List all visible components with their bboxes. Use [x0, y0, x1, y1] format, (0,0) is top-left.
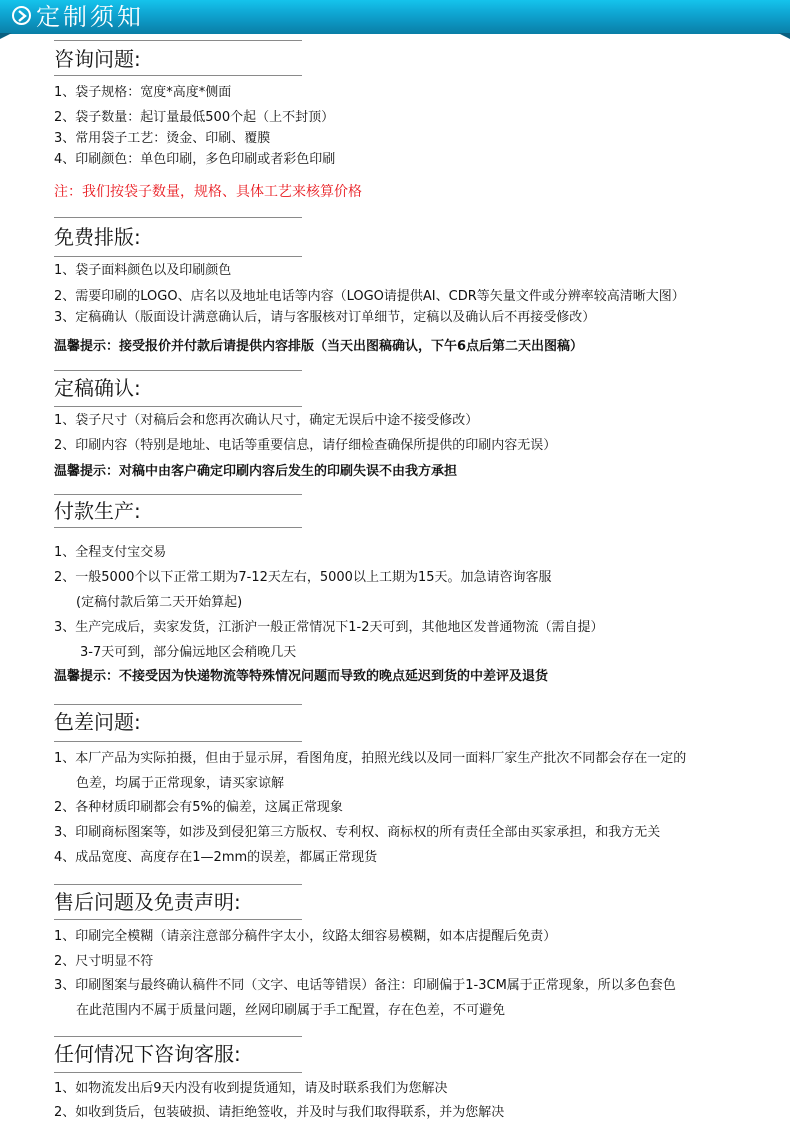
divider	[54, 217, 302, 218]
divider	[54, 75, 302, 76]
list-item: 1、本厂产品为实际拍摄，但由于显示屏，看图角度，拍照光线以及同一面料厂家生产批次…	[54, 750, 686, 768]
divider	[54, 527, 302, 528]
divider	[54, 370, 302, 371]
list-item: 3、印刷商标图案等，如涉及到侵犯第三方版权、专利权、商标权的所有责任全部由买家承…	[54, 824, 660, 842]
section-payment-production: 付款生产: 1、全程支付宝交易 2、一般5000个以下正常工期为7-12天左右，…	[54, 494, 790, 694]
section-color-difference: 色差问题: 1、本厂产品为实际拍摄，但由于显示屏，看图角度，拍照光线以及同一面料…	[54, 704, 790, 874]
list-item-continued: (定稿付款后第二天开始算起)	[76, 594, 242, 612]
section-title: 咨询问题:	[54, 47, 141, 71]
circle-chevron-right-icon	[12, 6, 31, 25]
divider	[54, 704, 302, 705]
section-proof-confirm: 定稿确认: 1、袋子尺寸（对稿后会和您再次确认尺寸，确定无误后中途不接受修改） …	[54, 370, 790, 485]
list-item: 2、需要印刷的LOGO、店名以及地址电话等内容（LOGO请提供AI、CDR等矢量…	[54, 288, 685, 306]
section-inquiry: 咨询问题: 1、袋子规格：宽度*高度*侧面 2、袋子数量：起订量最低500个起（…	[54, 40, 790, 210]
list-item: 3、常用袋子工艺：烫金、印刷、覆膜	[54, 130, 270, 148]
list-item: 1、袋子规格：宽度*高度*侧面	[54, 84, 231, 102]
divider	[54, 1036, 302, 1037]
list-item: 1、全程支付宝交易	[54, 544, 166, 562]
section-title: 付款生产:	[54, 499, 141, 523]
list-item-continued: 3-7天可到，部分偏远地区会稍晚几天	[80, 644, 296, 662]
divider	[54, 406, 302, 407]
list-item: 2、袋子数量：起订量最低500个起（上不封顶）	[54, 109, 334, 127]
list-item: 3、印刷图案与最终确认稿件不同（文字、电话等错误）备注：印刷偏于1-3CM属于正…	[54, 977, 676, 995]
warm-tip: 温馨提示：不接受因为快递物流等特殊情况问题而导致的晚点延迟到货的中差评及退货	[54, 668, 548, 686]
list-item: 1、如物流发出后9天内没有收到提货通知，请及时联系我们为您解决	[54, 1080, 448, 1098]
section-after-sales: 售后问题及免责声明: 1、印刷完全模糊（请亲注意部分稿件字太小，纹路太细容易模糊…	[54, 884, 790, 1029]
section-title: 色差问题:	[54, 710, 141, 734]
list-item-continued: 色差，均属于正常现象，请买家谅解	[76, 775, 284, 793]
list-item: 2、如收到货后，包装破损、请拒绝签收，并及时与我们取得联系，并为您解决	[54, 1104, 504, 1122]
page-title: 定制须知	[36, 2, 144, 32]
divider	[54, 1072, 302, 1073]
section-free-layout: 免费排版: 1、袋子面料颜色以及印刷颜色 2、需要印刷的LOGO、店名以及地址电…	[54, 217, 790, 362]
list-item: 3、定稿确认（版面设计满意确认后，请与客服核对订单细节，定稿以及确认后不再接受修…	[54, 309, 595, 327]
banner-fold-left	[0, 33, 12, 39]
list-item: 2、尺寸明显不符	[54, 953, 153, 971]
list-item: 4、印刷颜色：单色印刷，多色印刷或者彩色印刷	[54, 151, 335, 169]
divider	[54, 256, 302, 257]
list-item: 1、印刷完全模糊（请亲注意部分稿件字太小，纹路太细容易模糊，如本店提醒后免责）	[54, 928, 556, 946]
banner-fold-right	[778, 33, 790, 39]
header-banner: 定制须知	[0, 0, 790, 34]
list-item: 2、印刷内容（特别是地址、电话等重要信息，请仔细检查确保所提供的印刷内容无误）	[54, 437, 556, 455]
divider	[54, 494, 302, 495]
list-item: 4、成品宽度、高度存在1—2mm的误差，都属正常现货	[54, 849, 377, 867]
list-item: 3、生产完成后，卖家发货，江浙沪一般正常情况下1-2天可到，其他地区发普通物流（…	[54, 619, 604, 637]
list-item: 1、袋子尺寸（对稿后会和您再次确认尺寸，确定无误后中途不接受修改）	[54, 412, 478, 430]
section-title: 售后问题及免责声明:	[54, 890, 241, 914]
list-item: 2、各种材质印刷都会有5%的偏差，这属正常现象	[54, 799, 343, 817]
pricing-note: 注：我们按袋子数量，规格、具体工艺来核算价格	[54, 183, 362, 201]
section-title: 定稿确认:	[54, 376, 141, 400]
divider	[54, 40, 302, 41]
list-item-continued: 在此范围内不属于质量问题，丝网印刷属于手工配置，存在色差，不可避免	[76, 1002, 505, 1020]
section-contact-service: 任何情况下咨询客服: 1、如物流发出后9天内没有收到提货通知，请及时联系我们为您…	[54, 1036, 790, 1136]
list-item: 2、一般5000个以下正常工期为7-12天左右，5000以上工期为15天。加急请…	[54, 569, 552, 587]
warm-tip: 温馨提示：接受报价并付款后请提供内容排版（当天出图稿确认，下午6点后第二天出图稿…	[54, 338, 583, 356]
divider	[54, 919, 302, 920]
divider	[54, 741, 302, 742]
divider	[54, 884, 302, 885]
section-title: 免费排版:	[54, 225, 141, 249]
list-item: 1、袋子面料颜色以及印刷颜色	[54, 262, 231, 280]
warm-tip: 温馨提示：对稿中由客户确定印刷内容后发生的印刷失误不由我方承担	[54, 463, 457, 481]
section-title: 任何情况下咨询客服:	[54, 1042, 241, 1066]
